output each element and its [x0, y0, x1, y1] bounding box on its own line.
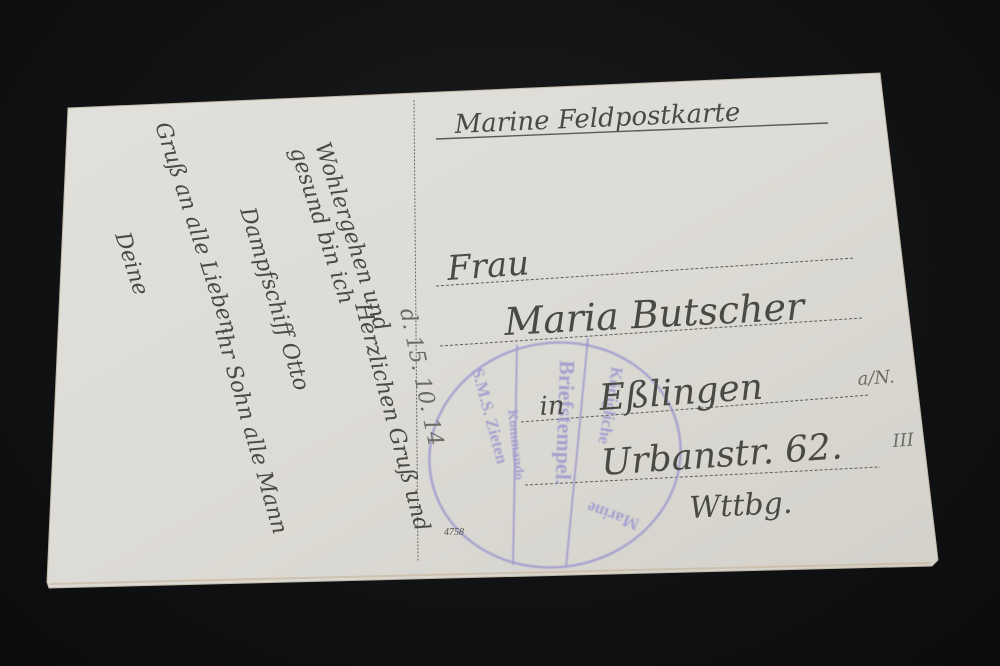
address-city-prefix: in — [539, 391, 566, 422]
postcard-photo: Briefstempel. Kommando S.M.S. Zieten Kön… — [0, 0, 1000, 666]
photo-scene: Briefstempel. Kommando S.M.S. Zieten Kön… — [0, 0, 1000, 666]
address-city-suffix: a/N. — [857, 366, 895, 390]
print-number: 4758 — [444, 527, 464, 538]
stamp-center-text: Briefstempel. — [551, 360, 580, 486]
address-region: Wttbg. — [689, 486, 794, 526]
address-floor: III — [891, 429, 916, 452]
address-salutation: Frau — [445, 243, 531, 289]
